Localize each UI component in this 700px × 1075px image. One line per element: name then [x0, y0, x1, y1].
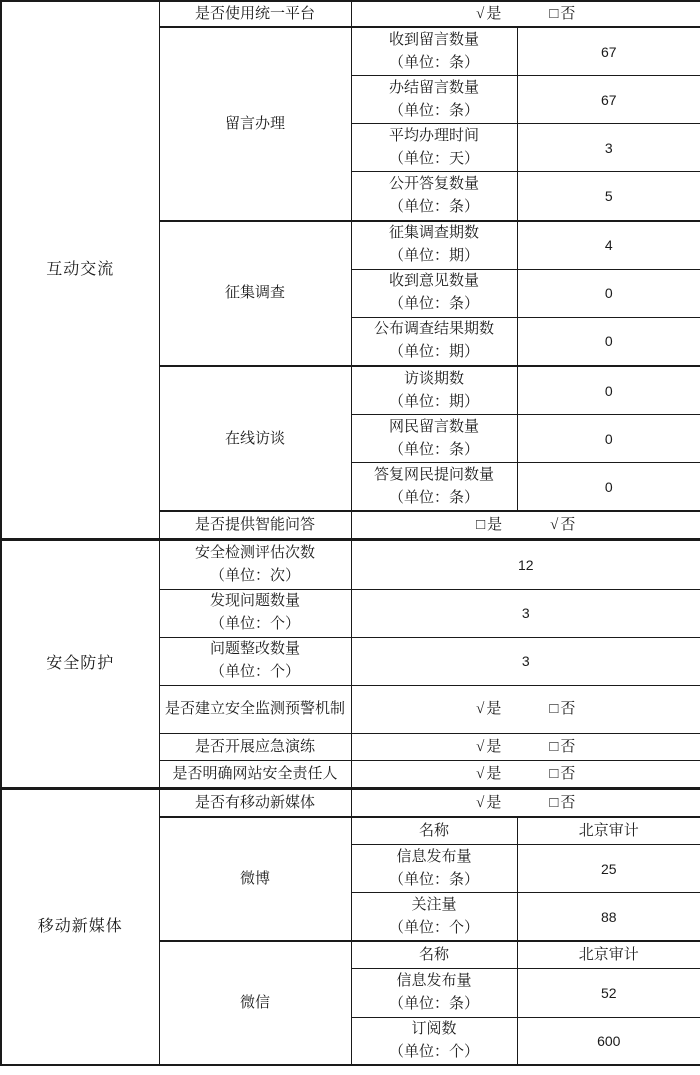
no-label: 否 [560, 701, 575, 717]
yes-option: □是 [476, 517, 502, 533]
item-unit: （单位：条） [356, 293, 513, 316]
item-value: 0 [517, 463, 700, 512]
no-label: 否 [560, 795, 575, 811]
item-value: 5 [517, 172, 700, 221]
item-label-line1: 收到留言数量 [356, 29, 513, 52]
no-label: 否 [560, 517, 575, 533]
item-value: 0 [517, 415, 700, 463]
no-mark-icon: □ [549, 736, 558, 758]
item-value: 67 [517, 76, 700, 124]
item-label: 收到意见数量 （单位：条） [351, 269, 517, 317]
item-label-line1: 平均办理时间 [356, 125, 513, 148]
item-label: 信息发布量 （单位：条） [351, 845, 517, 893]
yes-option: √是 [476, 766, 501, 782]
item-label-line1: 访谈期数 [356, 368, 513, 391]
group-message-handling: 留言办理 [159, 27, 351, 221]
item-label: 网民留言数量 （单位：条） [351, 415, 517, 463]
item-label: 问题整改数量 （单位：个） [159, 637, 351, 685]
name-label: 名称 [351, 817, 517, 845]
security-yn-label: 是否明确网站安全责任人 [159, 760, 351, 788]
item-label: 平均办理时间 （单位：天） [351, 124, 517, 172]
group-wechat: 微信 [159, 941, 351, 1065]
security-yn-answer: √是□否 [351, 733, 700, 760]
item-value: 0 [517, 366, 700, 415]
item-label: 公布调查结果期数 （单位：期） [351, 317, 517, 366]
unified-platform-answer: √是□否 [351, 1, 700, 27]
item-unit: （单位：期） [356, 245, 513, 268]
yes-mark-icon: √ [476, 3, 484, 25]
no-option: √否 [550, 517, 575, 533]
item-unit: （单位：天） [356, 148, 513, 171]
yes-label: 是 [486, 795, 501, 811]
group-survey: 征集调查 [159, 221, 351, 366]
item-label-line1: 收到意见数量 [356, 270, 513, 293]
item-label: 访谈期数 （单位：期） [351, 366, 517, 415]
yes-option: √是 [476, 701, 501, 717]
has-mobile-label: 是否有移动新媒体 [159, 789, 351, 818]
security-yn-answer: √是□否 [351, 685, 700, 733]
item-label: 办结留言数量 （单位：条） [351, 76, 517, 124]
security-yn-label: 是否建立安全监测预警机制 [159, 685, 351, 733]
yes-option: √是 [476, 795, 501, 811]
item-value: 0 [517, 269, 700, 317]
item-label: 收到留言数量 （单位：条） [351, 27, 517, 76]
item-value: 600 [517, 1017, 700, 1065]
category-interaction: 互动交流 [1, 1, 159, 540]
name-value: 北京审计 [517, 941, 700, 969]
yes-label: 是 [486, 6, 501, 22]
item-label-line1: 订阅数 [356, 1018, 513, 1041]
name-label: 名称 [351, 941, 517, 969]
unified-platform-label: 是否使用统一平台 [159, 1, 351, 27]
item-value: 88 [517, 893, 700, 942]
item-value: 67 [517, 27, 700, 76]
item-label-line1: 安全检测评估次数 [164, 542, 347, 565]
no-option: □否 [549, 739, 575, 755]
item-unit: （单位：个） [356, 1041, 513, 1064]
item-label: 订阅数 （单位：个） [351, 1017, 517, 1065]
item-unit: （单位：期） [356, 341, 513, 364]
item-label: 信息发布量 （单位：条） [351, 969, 517, 1017]
item-value: 12 [351, 540, 700, 589]
item-value: 3 [517, 124, 700, 172]
yes-mark-icon: √ [476, 763, 484, 785]
item-label-line1: 公开答复数量 [356, 173, 513, 196]
item-label-line1: 公布调查结果期数 [356, 318, 513, 341]
item-value: 4 [517, 221, 700, 270]
item-unit: （单位：个） [356, 917, 513, 940]
item-value: 3 [351, 637, 700, 685]
group-weibo: 微博 [159, 817, 351, 941]
no-mark-icon: □ [549, 763, 558, 785]
yes-mark-icon: √ [476, 736, 484, 758]
no-label: 否 [560, 766, 575, 782]
no-mark-icon: □ [549, 792, 558, 814]
no-mark-icon: □ [549, 698, 558, 720]
item-unit: （单位：条） [356, 487, 513, 510]
yes-mark-icon: √ [476, 792, 484, 814]
item-unit: （单位：期） [356, 391, 513, 414]
item-label: 发现问题数量 （单位：个） [159, 589, 351, 637]
item-label: 关注量 （单位：个） [351, 893, 517, 942]
item-unit: （单位：条） [356, 869, 513, 892]
item-label: 征集调查期数 （单位：期） [351, 221, 517, 270]
no-option: □否 [549, 766, 575, 782]
item-label-line1: 网民留言数量 [356, 416, 513, 439]
yes-option: √是 [476, 739, 501, 755]
smart-qa-label: 是否提供智能问答 [159, 511, 351, 540]
yes-mark-icon: □ [476, 514, 485, 536]
item-label-line1: 答复网民提问数量 [356, 464, 513, 487]
item-value: 3 [351, 589, 700, 637]
security-yn-answer: √是□否 [351, 760, 700, 788]
item-label-line1: 问题整改数量 [164, 638, 347, 661]
item-unit: （单位：次） [164, 565, 347, 588]
yes-label: 是 [486, 766, 501, 782]
smart-qa-answer: □是√否 [351, 511, 700, 540]
item-unit: （单位：条） [356, 52, 513, 75]
item-label: 安全检测评估次数 （单位：次） [159, 540, 351, 589]
item-label-line1: 发现问题数量 [164, 590, 347, 613]
no-label: 否 [560, 739, 575, 755]
security-yn-label: 是否开展应急演练 [159, 733, 351, 760]
yes-label: 是 [486, 701, 501, 717]
item-unit: （单位：条） [356, 100, 513, 123]
name-value: 北京审计 [517, 817, 700, 845]
yes-label: 是 [486, 739, 501, 755]
item-unit: （单位：条） [356, 439, 513, 462]
category-security: 安全防护 [1, 540, 159, 789]
item-label: 答复网民提问数量 （单位：条） [351, 463, 517, 512]
item-label: 公开答复数量 （单位：条） [351, 172, 517, 221]
item-unit: （单位：条） [356, 196, 513, 219]
yes-option: √是 [476, 6, 501, 22]
item-value: 52 [517, 969, 700, 1017]
group-interview: 在线访谈 [159, 366, 351, 511]
no-option: □否 [549, 701, 575, 717]
item-label-line1: 办结留言数量 [356, 77, 513, 100]
no-option: □否 [549, 795, 575, 811]
no-mark-icon: □ [549, 3, 558, 25]
annual-report-table: 互动交流 是否使用统一平台 √是□否 留言办理 收到留言数量 （单位：条） 67… [0, 0, 700, 1066]
no-option: □否 [549, 6, 575, 22]
item-unit: （单位：个） [164, 661, 347, 684]
yes-label: 是 [487, 517, 502, 533]
category-mobile: 移动新媒体 [1, 789, 159, 1065]
item-value: 25 [517, 845, 700, 893]
item-label-line1: 信息发布量 [356, 846, 513, 869]
item-label-line1: 关注量 [356, 894, 513, 917]
item-unit: （单位：条） [356, 993, 513, 1016]
item-unit: （单位：个） [164, 613, 347, 636]
item-label-line1: 信息发布量 [356, 970, 513, 993]
item-value: 0 [517, 317, 700, 366]
no-label: 否 [560, 6, 575, 22]
has-mobile-answer: √是□否 [351, 789, 700, 818]
yes-mark-icon: √ [476, 698, 484, 720]
no-mark-icon: √ [550, 514, 558, 536]
item-label-line1: 征集调查期数 [356, 222, 513, 245]
